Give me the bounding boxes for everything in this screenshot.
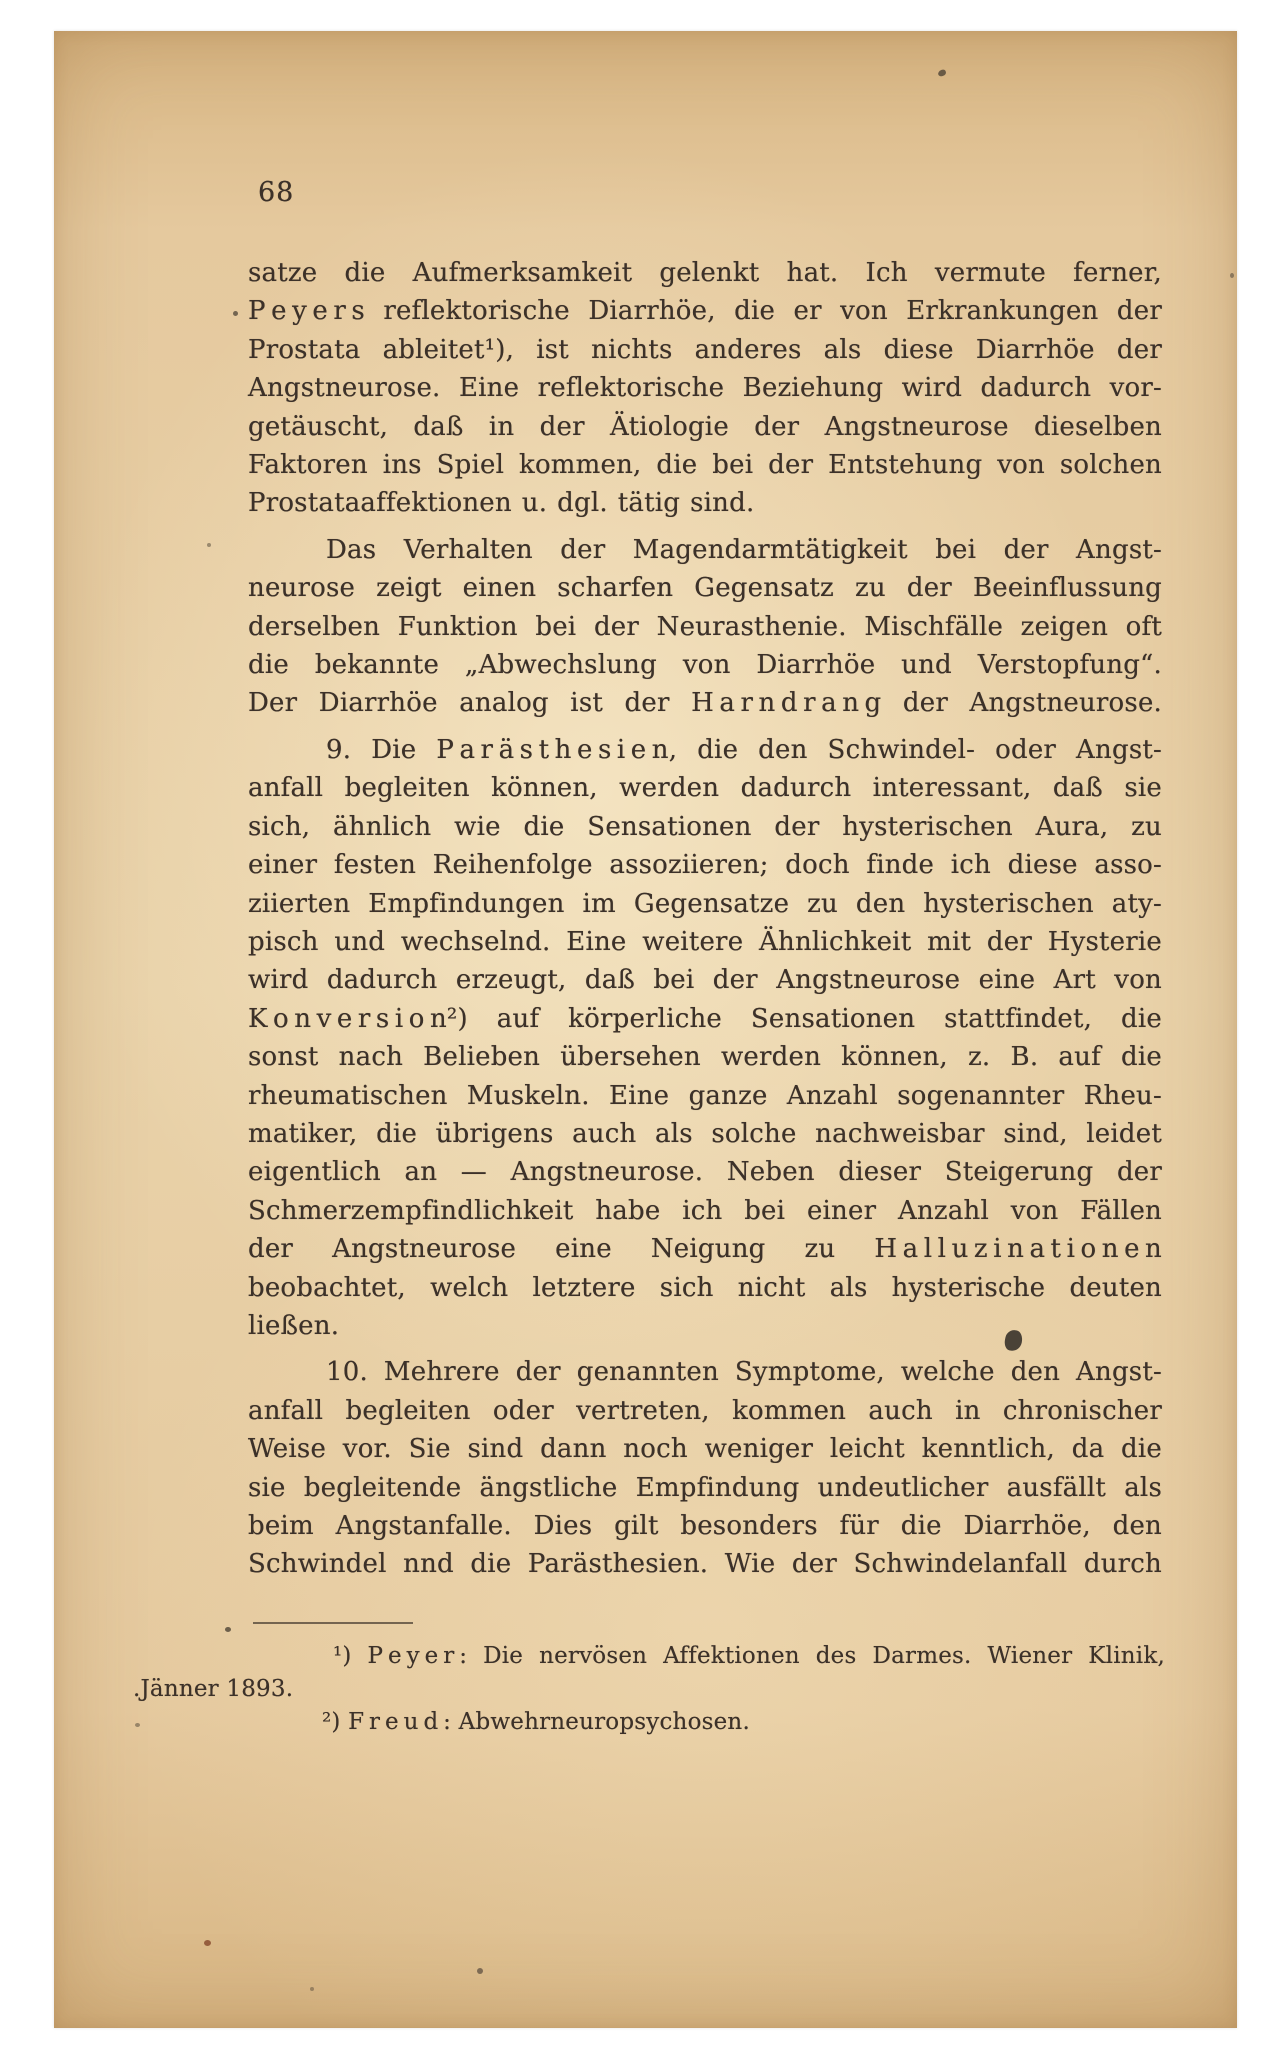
paragraph-2: Das Verhalten der Magendarmtätigkeit bei… bbox=[248, 531, 1162, 723]
ink-speck bbox=[310, 1987, 314, 1991]
text-line: eigentlich an — Angstneurose. Neben dies… bbox=[248, 1153, 1162, 1191]
text-line: Schmerzempfindlichkeit habe ich bei eine… bbox=[248, 1192, 1162, 1230]
text-line: pisch und wechselnd. Eine weitere Ähnlic… bbox=[248, 923, 1162, 961]
text-line: ziierten Empfindungen im Gegensatze zu d… bbox=[248, 885, 1162, 923]
text-line: derselben Funktion bei der Neurasthenie.… bbox=[248, 608, 1162, 646]
text-line: neurose zeigt einen scharfen Gegensatz z… bbox=[248, 569, 1162, 607]
text-line: ließen. bbox=[248, 1307, 1162, 1345]
body-text: satze die Aufmerksamkeit gelenkt hat. Ic… bbox=[248, 254, 1162, 1584]
footnote-line: ¹) P e y e r : Die nervösen Affektionen … bbox=[133, 1640, 1165, 1673]
text-line: anfall begleiten können, werden dadurch … bbox=[248, 769, 1162, 807]
text-line: Faktoren ins Spiel kommen, die bei der E… bbox=[248, 446, 1162, 484]
text-line: beobachtet, welch letztere sich nicht al… bbox=[248, 1269, 1162, 1307]
text-line: Prostataaffektionen u. dgl. tätig sind. bbox=[248, 484, 1162, 522]
ink-speck bbox=[207, 543, 211, 547]
text-line: Der Diarrhöe analog ist der H a r n d r … bbox=[248, 684, 1162, 722]
page-number: 68 bbox=[258, 177, 294, 208]
scan-background: 68 satze die Aufmerksamkeit gelenkt hat.… bbox=[0, 0, 1271, 2060]
text-line: 9. Die P a r ä s t h e s i e n, die den … bbox=[248, 731, 1162, 769]
text-line: K o n v e r s i o n²) auf körperliche Se… bbox=[248, 1000, 1162, 1038]
text-line: Schwindel nnd die Parästhesien. Wie der … bbox=[248, 1545, 1162, 1583]
paragraph-4: 10. Mehrere der genannten Symptome, welc… bbox=[248, 1353, 1162, 1583]
text-line: sonst nach Belieben übersehen werden kön… bbox=[248, 1038, 1162, 1076]
text-line: Prostata ableitet¹), ist nichts anderes … bbox=[248, 331, 1162, 369]
ink-speck bbox=[477, 1968, 483, 1974]
text-line: rheumatischen Muskeln. Eine ganze Anzahl… bbox=[248, 1077, 1162, 1115]
text-line: matiker, die übrigens auch als solche na… bbox=[248, 1115, 1162, 1153]
text-line: P e y e r s reflektorische Diarrhöe, die… bbox=[248, 292, 1162, 330]
text-line: Angstneurose. Eine reflektorische Bezieh… bbox=[248, 369, 1162, 407]
paragraph-1: satze die Aufmerksamkeit gelenkt hat. Ic… bbox=[248, 254, 1162, 523]
ink-speck bbox=[204, 1940, 211, 1946]
text-line: satze die Aufmerksamkeit gelenkt hat. Ic… bbox=[248, 254, 1162, 292]
paragraph-3: 9. Die P a r ä s t h e s i e n, die den … bbox=[248, 731, 1162, 1346]
text-line: einer festen Reihenfolge assoziieren; do… bbox=[248, 846, 1162, 884]
ink-speck bbox=[233, 311, 238, 316]
ink-speck bbox=[937, 69, 947, 77]
text-line: Weise vor. Sie sind dann noch weniger le… bbox=[248, 1430, 1162, 1468]
text-line: sie begleitende ängstliche Empfindung un… bbox=[248, 1469, 1162, 1507]
text-line: die bekannte „Abwechslung von Diarrhöe u… bbox=[248, 646, 1162, 684]
text-line: der Angstneurose eine Neigung zu H a l l… bbox=[248, 1230, 1162, 1268]
ink-speck bbox=[1230, 273, 1234, 278]
text-line: wird dadurch erzeugt, daß bei der Angstn… bbox=[248, 961, 1162, 999]
ink-speck bbox=[135, 1723, 140, 1727]
text-line: sich, ähnlich wie die Sensationen der hy… bbox=[248, 808, 1162, 846]
footnote-line: .Jänner 1893. bbox=[133, 1673, 1165, 1706]
footnote-rule bbox=[253, 1622, 413, 1624]
text-line: anfall begleiten oder vertreten, kommen … bbox=[248, 1392, 1162, 1430]
footnotes: ¹) P e y e r : Die nervösen Affektionen … bbox=[133, 1640, 1165, 1739]
text-line: 10. Mehrere der genannten Symptome, welc… bbox=[248, 1353, 1162, 1391]
text-line: beim Angstanfalle. Dies gilt besonders f… bbox=[248, 1507, 1162, 1545]
ink-speck bbox=[225, 1627, 231, 1632]
text-line: getäuscht, daß in der Ätiologie der Angs… bbox=[248, 408, 1162, 446]
text-line: Das Verhalten der Magendarmtätigkeit bei… bbox=[248, 531, 1162, 569]
footnote-line: ²) F r e u d : Abwehrneuropsychosen. bbox=[133, 1706, 1165, 1739]
page-scan: 68 satze die Aufmerksamkeit gelenkt hat.… bbox=[54, 31, 1237, 2028]
